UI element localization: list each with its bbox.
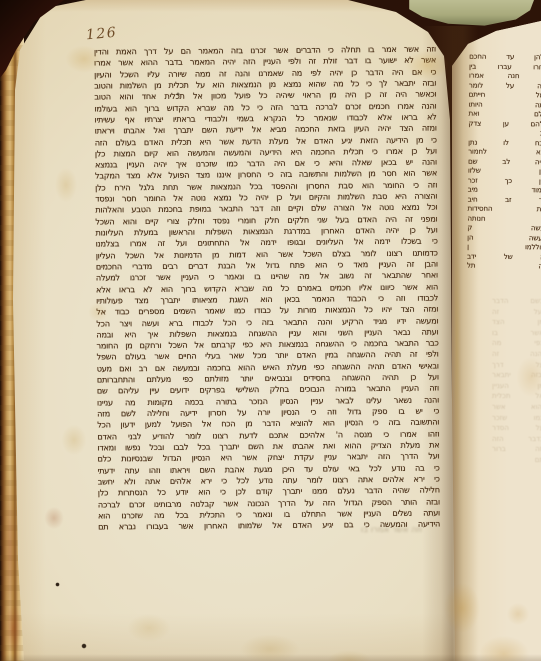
- ghost-text-line: על הסדר: [492, 423, 541, 434]
- ink-smudge: וזה אשר אמרו בו: [272, 525, 422, 535]
- facing-text-line: ואת החסידות: [467, 204, 541, 214]
- ghost-text-line: וזה ברור: [492, 444, 541, 455]
- gutter-shadow: [422, 26, 478, 661]
- facing-text-line: שלהן עד החכם: [469, 52, 541, 62]
- ghost-text-line: על דרך: [492, 360, 541, 371]
- ghost-text-line: ועל זה: [492, 307, 541, 318]
- ghost-text-line: בדבר הזה: [492, 434, 541, 445]
- folio-number: 126: [85, 25, 118, 44]
- ghost-text-line: ובזה יתבאר: [492, 370, 541, 381]
- facing-text-line: נעשה ק: [467, 223, 541, 233]
- ghost-text-line: מן העניין: [492, 381, 541, 392]
- manuscript-photo: שלהן עד החכםובחרו עברו ביןר' חנה אמרוהנה…: [0, 0, 541, 661]
- ghost-text-line: והנה זה: [492, 349, 541, 360]
- ghost-bleedthrough-text: בשם הדברועל זהמן הצדאשר בוכפי מהוהנה זהע…: [492, 296, 541, 466]
- ghost-text-line: תם: [492, 455, 541, 466]
- ghost-text-line: כמו שזכר: [492, 413, 541, 424]
- main-text-block: וזה אשר אמר בו תחלה כי הדברים אשר זכרנו …: [94, 44, 440, 533]
- ghost-text-line: בשם הדבר: [492, 296, 541, 307]
- ghost-text-line: מן הצד: [492, 317, 541, 328]
- facing-text-line: חמל חייתם: [469, 90, 541, 100]
- facing-text-line: עולם ואת: [468, 109, 541, 119]
- facing-text-line: ר' חנה אמרו: [469, 71, 541, 81]
- ghost-text-line: אל תכלית: [492, 391, 541, 402]
- facing-text-line: שלהם ען צדק: [468, 118, 541, 128]
- ghost-text-line: כפי מה: [492, 338, 541, 349]
- facing-text-line: שנא לחמור: [468, 147, 541, 157]
- facing-text-line: ועוללמו ן: [467, 242, 541, 252]
- ghost-text-line: אשר בו: [492, 328, 541, 339]
- ghost-text-line: והוא אשר: [492, 402, 541, 413]
- facing-text-line: חנן שלזו: [468, 166, 541, 176]
- facing-text-line: ועמוד מיב: [468, 185, 541, 195]
- spine-cloth-fragment: [404, 0, 534, 27]
